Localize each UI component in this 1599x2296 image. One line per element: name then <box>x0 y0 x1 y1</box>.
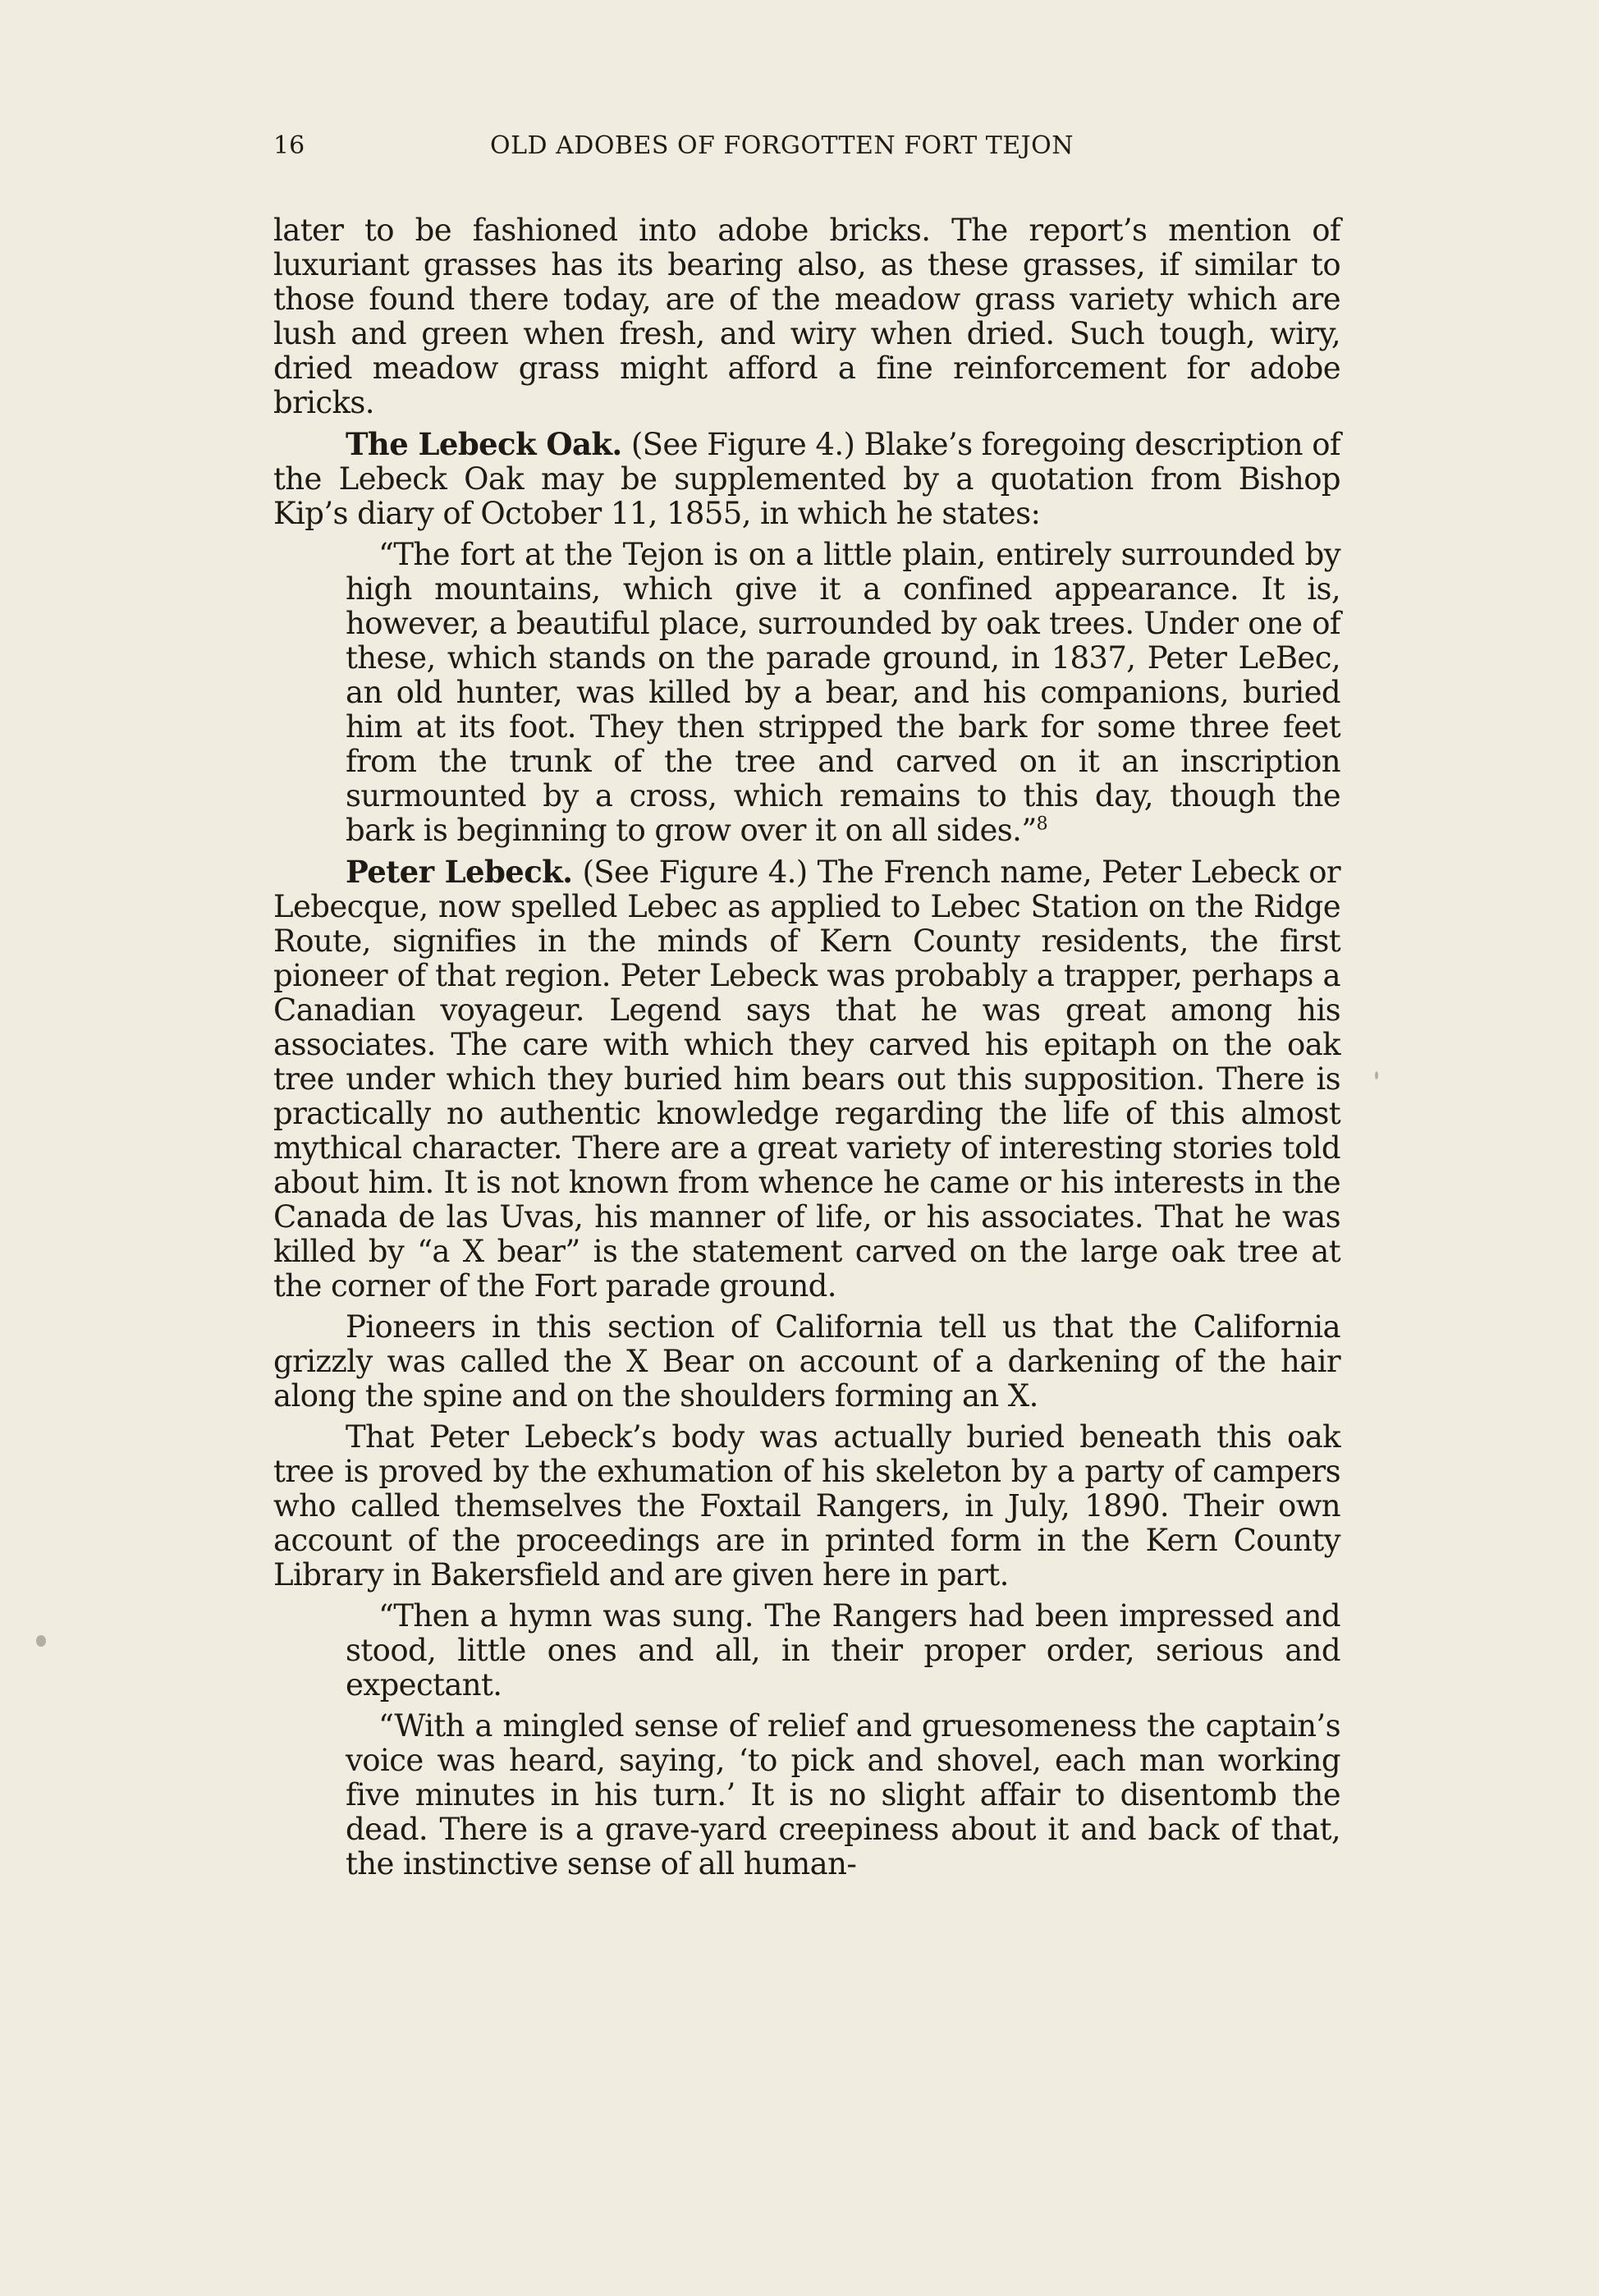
section-heading-lebeck-oak: The Lebeck Oak. <box>346 426 622 462</box>
footnote-reference: 8 <box>1037 814 1047 835</box>
running-title: OLD ADOBES OF FORGOTTEN FORT TEJON <box>490 131 1074 160</box>
quote-text: “With a mingled sense of relief and grue… <box>346 1708 1340 1881</box>
section-heading-peter-lebeck: Peter Lebeck. <box>346 854 572 890</box>
paragraph-peter-lebeck: Peter Lebeck. (See Figure 4.) The French… <box>273 855 1340 1304</box>
paragraph-text: (See Figure 4.) The French name, Peter L… <box>273 855 1340 1304</box>
running-header: 16 OLD ADOBES OF FORGOTTEN FORT TEJON <box>273 131 1340 164</box>
page-number: 16 <box>273 131 305 160</box>
quote-text: “Then a hymn was sung. The Rangers had b… <box>346 1598 1340 1703</box>
paragraph-text: Pioneers in this section of California t… <box>273 1309 1340 1414</box>
block-quote-hymn: “Then a hymn was sung. The Rangers had b… <box>346 1599 1340 1703</box>
quote-text: “The fort at the Tejon is on a little pl… <box>346 537 1340 848</box>
paragraph-lebeck-oak: The Lebeck Oak. (See Figure 4.) Blake’s … <box>273 427 1340 531</box>
paragraph-text: later to be fashioned into adobe bricks.… <box>273 213 1340 420</box>
block-quote-kip-diary: “The fort at the Tejon is on a little pl… <box>346 538 1340 848</box>
paragraph-text: That Peter Lebeck’s body was actually bu… <box>273 1419 1340 1593</box>
paragraph-adobe-grass: later to be fashioned into adobe bricks.… <box>273 213 1340 420</box>
paragraph-x-bear: Pioneers in this section of California t… <box>273 1310 1340 1414</box>
paragraph-exhumation: That Peter Lebeck’s body was actually bu… <box>273 1420 1340 1593</box>
page-body: later to be fashioned into adobe bricks.… <box>273 213 1340 1888</box>
paper-speck <box>36 1635 46 1647</box>
paper-speck <box>1375 1071 1378 1079</box>
block-quote-captain: “With a mingled sense of relief and grue… <box>346 1709 1340 1881</box>
